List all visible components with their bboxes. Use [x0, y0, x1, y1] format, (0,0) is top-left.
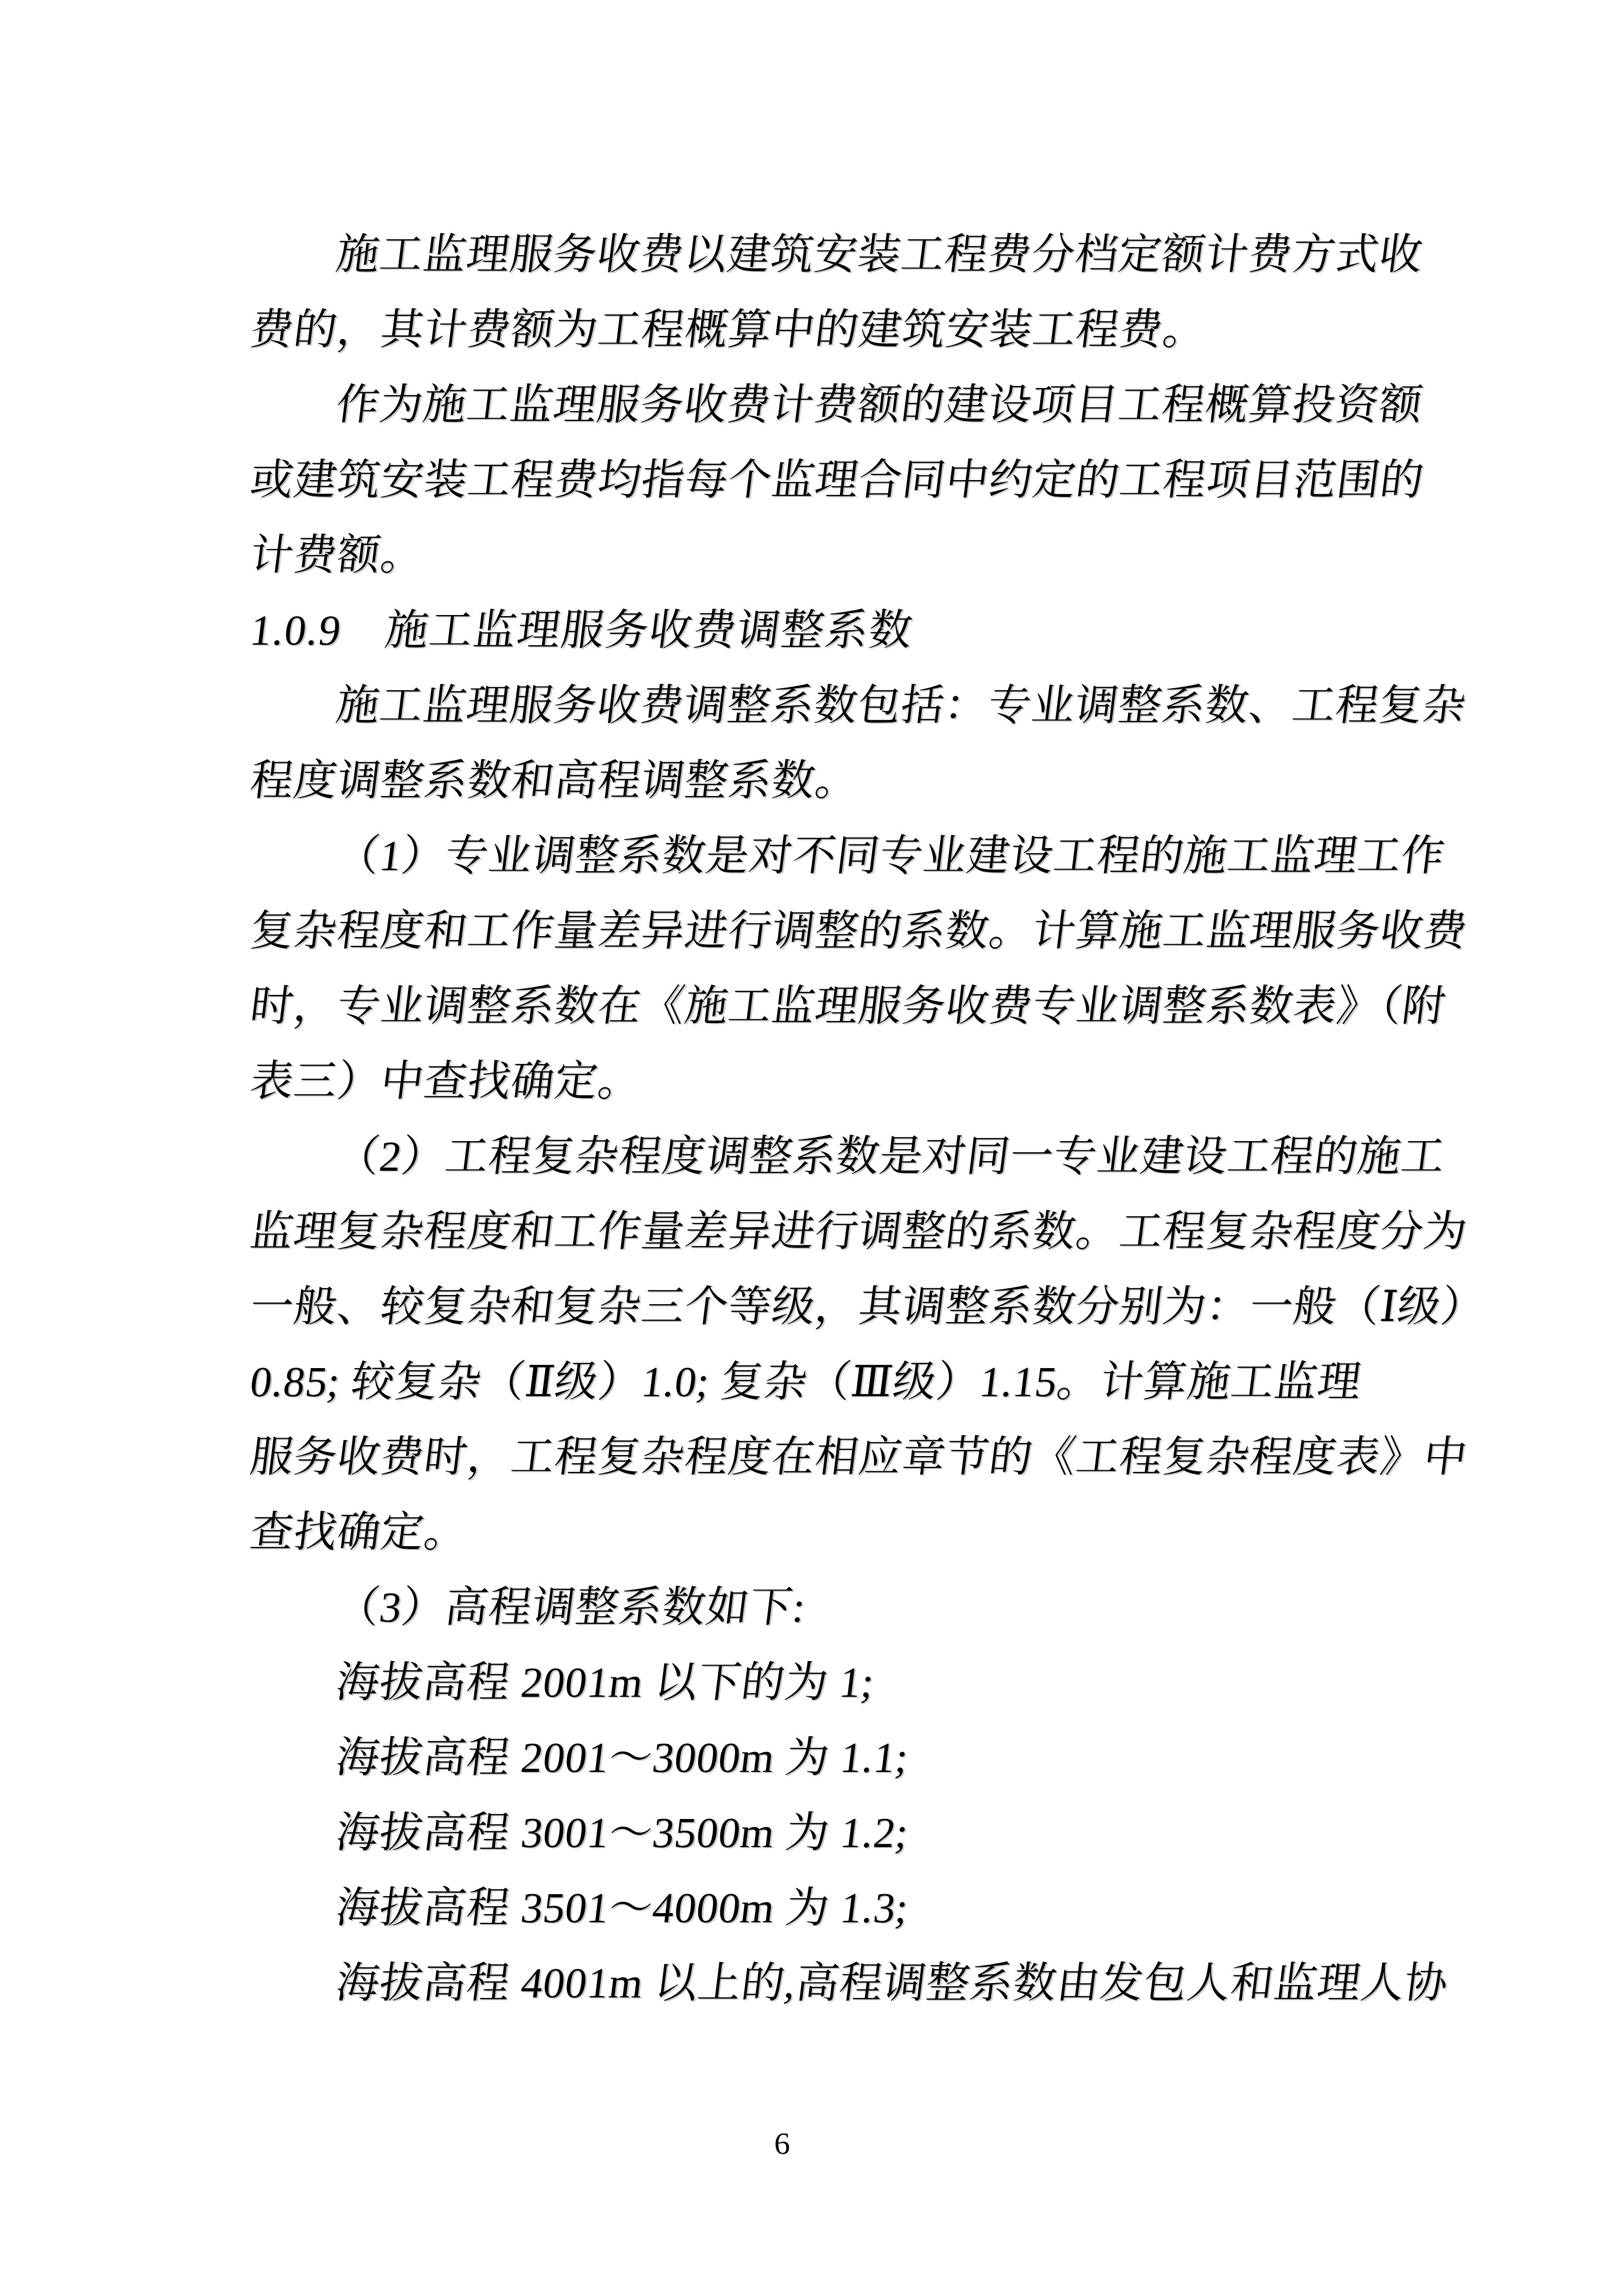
text-line: 监理复杂程度和工作量差异进行调整的系数。工程复杂程度分为: [246, 1194, 1564, 1269]
text-line: 海拔高程 2001m 以下的为 1;: [246, 1645, 1564, 1720]
document-body: 施工监理服务收费以建筑安装工程费分档定额计费方式收费的，其计费额为工程概算中的建…: [250, 217, 1559, 2021]
text-line: 0.85; 较复杂（Ⅱ级）1.0; 复杂（Ⅲ级）1.15。计算施工监理: [246, 1345, 1564, 1420]
page-number: 6: [751, 2121, 813, 2167]
text-line: 服务收费时，工程复杂程度在相应章节的《工程复杂程度表》中: [246, 1420, 1564, 1495]
text-line: 海拔高程 3001～3500m 为 1.2;: [246, 1795, 1564, 1871]
text-line: 海拔高程 3501～4000m 为 1.3;: [246, 1871, 1564, 1946]
text-line: 作为施工监理服务收费计费额的建设项目工程概算投资额: [246, 368, 1564, 443]
text-line: 复杂程度和工作量差异进行调整的系数。计算施工监理服务收费: [246, 894, 1564, 969]
text-line: 查找确定。: [246, 1495, 1564, 1570]
clause-heading: 1.0.9 施工监理服务收费调整系数: [246, 593, 1564, 668]
text-line: 施工监理服务收费以建筑安装工程费分档定额计费方式收: [246, 217, 1564, 292]
text-line: 程度调整系数和高程调整系数。: [246, 743, 1564, 819]
text-line: （3）高程调整系数如下:: [246, 1570, 1564, 1645]
text-line: （2）工程复杂程度调整系数是对同一专业建设工程的施工: [246, 1119, 1564, 1194]
text-line: 费的，其计费额为工程概算中的建筑安装工程费。: [246, 292, 1564, 368]
text-line: （1）专业调整系数是对不同专业建设工程的施工监理工作: [246, 819, 1564, 894]
text-line: 施工监理服务收费调整系数包括：专业调整系数、工程复杂: [246, 668, 1564, 743]
text-line: 表三）中查找确定。: [246, 1044, 1564, 1119]
text-line: 海拔高程 2001～3000m 为 1.1;: [246, 1720, 1564, 1795]
text-line: 海拔高程 4001m 以上的,高程调整系数由发包人和监理人协: [246, 1946, 1564, 2021]
text-line: 或建筑安装工程费均指每个监理合同中约定的工程项目范围的: [246, 443, 1564, 518]
text-line: 时，专业调整系数在《施工监理服务收费专业调整系数表》（附: [246, 969, 1564, 1044]
text-line: 一般、较复杂和复杂三个等级，其调整系数分别为：一般（Ⅰ级）: [246, 1269, 1564, 1345]
text-line: 计费额。: [246, 518, 1564, 593]
document-page: { "page": { "number": "6" }, "colors": {…: [0, 0, 1623, 2296]
